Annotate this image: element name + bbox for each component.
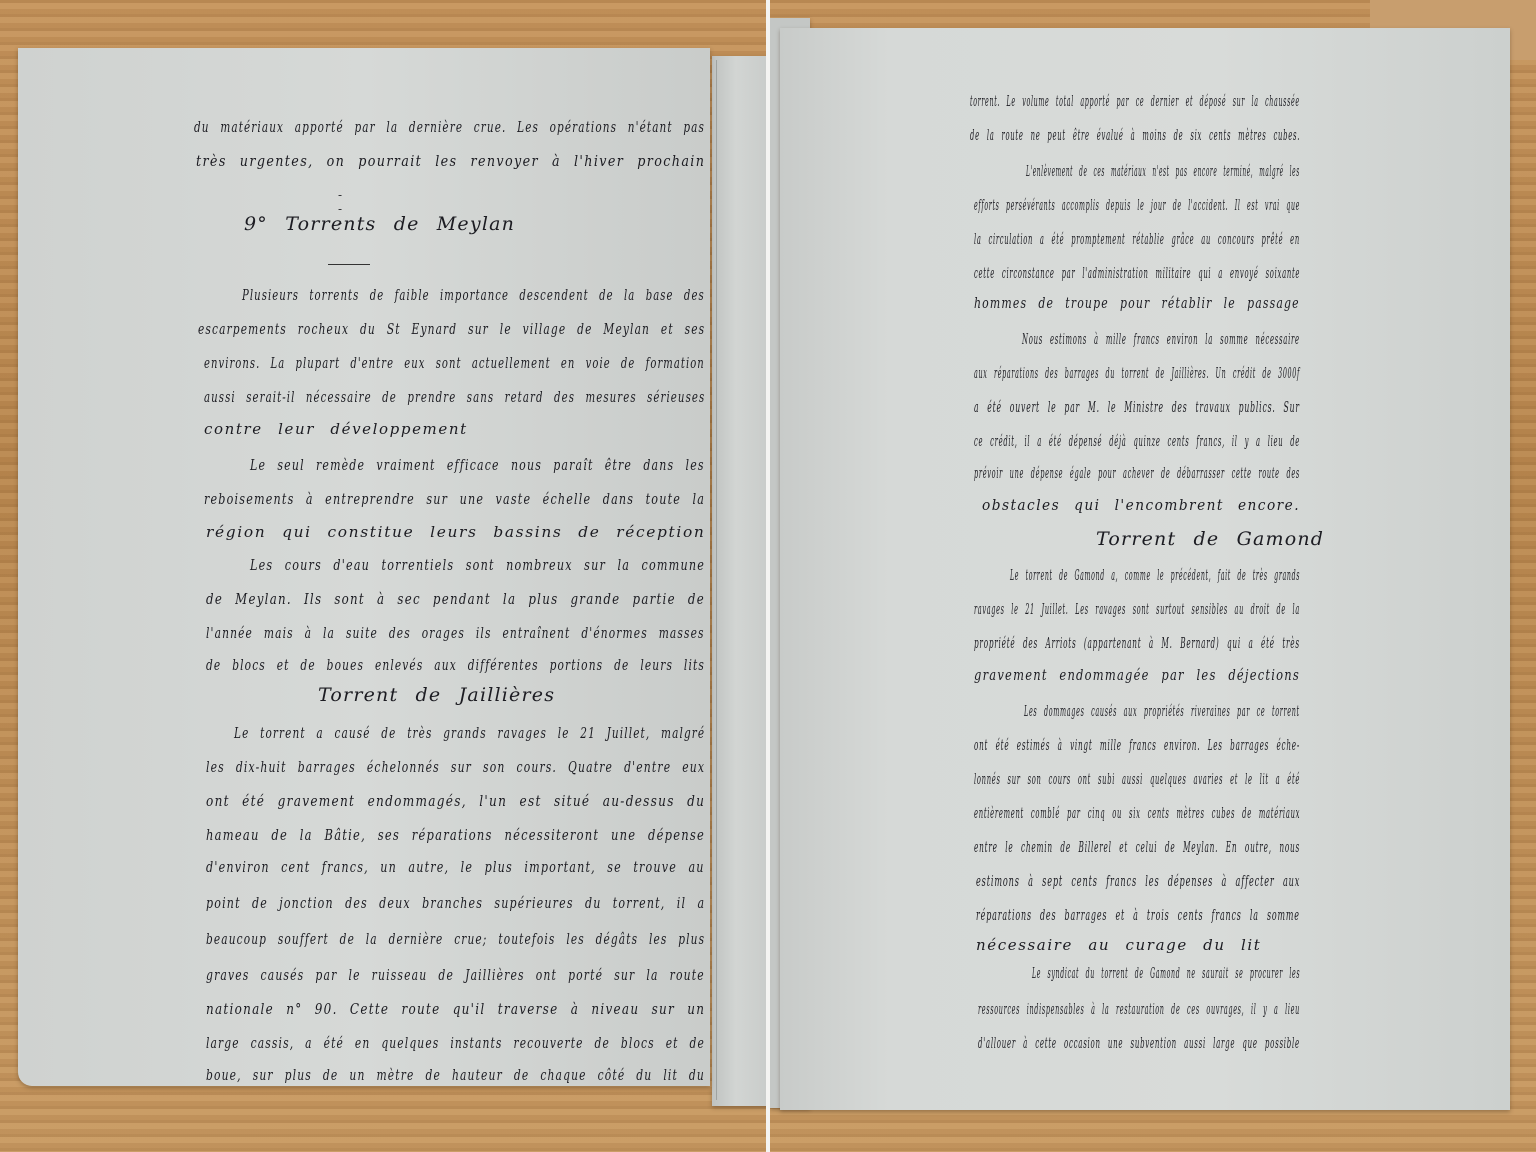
- binding-crease: [716, 60, 717, 1100]
- text-line: réparations des barrages et à trois cent…: [976, 906, 1300, 924]
- text-line: d'allouer à cette occasion une subventio…: [978, 1034, 1300, 1052]
- text-line: reboisements à entreprendre sur une vast…: [204, 490, 705, 508]
- text-line: point de jonction des deux branches supé…: [206, 894, 705, 912]
- text-line: Le torrent de Gamond a, comme le précéde…: [1010, 566, 1300, 584]
- text-line: environs. La plupart d'entre eux sont ac…: [204, 354, 705, 372]
- text-line: du matériaux apporté par la dernière cru…: [194, 118, 705, 136]
- text-line: de Meylan. Ils sont à sec pendant la plu…: [206, 590, 705, 608]
- text-line: large cassis, a été en quelques instants…: [206, 1034, 705, 1052]
- text-line: Le torrent a causé de très grands ravage…: [234, 724, 705, 742]
- text-line: ont été gravement endommagés, l'un est s…: [206, 792, 705, 810]
- text-line: gravement endommagée par les déjections: [974, 666, 1300, 684]
- text-line: efforts persévérants accomplis depuis le…: [974, 196, 1300, 214]
- text-line: Nous estimons à mille francs environ la …: [1022, 330, 1300, 348]
- text-line: hameau de la Bâtie, ses réparations néce…: [206, 826, 705, 844]
- text-line: torrent. Le volume total apporté par ce …: [970, 92, 1300, 110]
- text-line: lonnés sur son cours ont subi aussi quel…: [974, 770, 1300, 788]
- text-line: les dix-huit barrages échelonnés sur son…: [206, 758, 705, 776]
- subsection-heading: Torrent de Gamond: [1096, 528, 1324, 550]
- text-line: contre leur développement: [204, 420, 468, 438]
- text-line: Le syndicat du torrent de Gamond ne saur…: [1032, 964, 1300, 982]
- text-line: Les dommages causés aux propriétés river…: [1024, 702, 1300, 720]
- text-line: ont été estimés à vingt mille francs env…: [974, 736, 1300, 754]
- text-line: ressources indispensables à la restaurat…: [978, 1000, 1300, 1018]
- text-line: aux réparations des barrages du torrent …: [974, 364, 1300, 382]
- text-line: très urgentes, on pourrait les renvoyer …: [196, 152, 705, 170]
- text-line: l'année mais à la suite des orages ils e…: [206, 624, 705, 642]
- text-line: nécessaire au curage du lit: [976, 936, 1261, 954]
- text-line: propriété des Arriots (appartenant à M. …: [974, 634, 1300, 652]
- text-line: graves causés par le ruisseau de Jailliè…: [206, 966, 705, 984]
- section-heading: 9° Torrents de Meylan: [244, 213, 515, 235]
- text-line: beaucoup souffert de la dernière crue; t…: [206, 930, 705, 948]
- text-line: Les cours d'eau torrentiels sont nombreu…: [250, 556, 705, 574]
- text-line: L'enlèvement de ces matériaux n'est pas …: [1026, 162, 1300, 180]
- text-line: Le seul remède vraiment efficace nous pa…: [250, 456, 705, 474]
- text-line: ravages le 21 Juillet. Les ravages sont …: [974, 600, 1300, 618]
- text-line: ce crédit, il a été dépensé déjà quinze …: [974, 432, 1300, 450]
- text-line: nationale n° 90. Cette route qu'il trave…: [206, 1000, 705, 1018]
- text-line: obstacles qui l'encombrent encore.: [982, 496, 1300, 514]
- text-line: Plusieurs torrents de faible importance …: [242, 286, 705, 304]
- text-line: prévoir une dépense égale pour achever d…: [974, 464, 1300, 482]
- text-line: d'environ cent francs, un autre, le plus…: [206, 858, 705, 876]
- text-line: hommes de troupe pour rétablir le passag…: [974, 294, 1300, 312]
- subsection-heading: Torrent de Jaillières: [318, 684, 555, 706]
- text-line: estimons à sept cents francs les dépense…: [976, 872, 1300, 890]
- facing-page-edge: [712, 56, 766, 1106]
- text-line: de blocs et de boues enlevés aux différe…: [206, 656, 705, 674]
- text-line: aussi serait-il nécessaire de prendre sa…: [204, 388, 705, 406]
- text-line: cette circonstance par l'administration …: [974, 264, 1300, 282]
- text-line: de la route ne peut être évalué à moins …: [970, 126, 1300, 144]
- text-line: région qui constitue leurs bassins de ré…: [206, 523, 705, 541]
- heading-underline: [328, 264, 370, 265]
- text-line: la circulation a été promptement rétabli…: [974, 230, 1300, 248]
- text-line: escarpements rocheux du St Eynard sur le…: [198, 320, 705, 338]
- left-photo: ns du matériaux apporté par la dernière …: [0, 0, 766, 1152]
- text-line: boue, sur plus de un mètre de hauteur de…: [206, 1066, 705, 1084]
- text-line: a été ouvert le par M. le Ministre des t…: [974, 398, 1300, 416]
- text-line: entre le chemin de Billerel et celui de …: [974, 838, 1300, 856]
- right-photo: torrent. Le volume total apporté par ce …: [770, 0, 1536, 1152]
- text-line: entièrement comblé par cinq ou six cents…: [974, 804, 1300, 822]
